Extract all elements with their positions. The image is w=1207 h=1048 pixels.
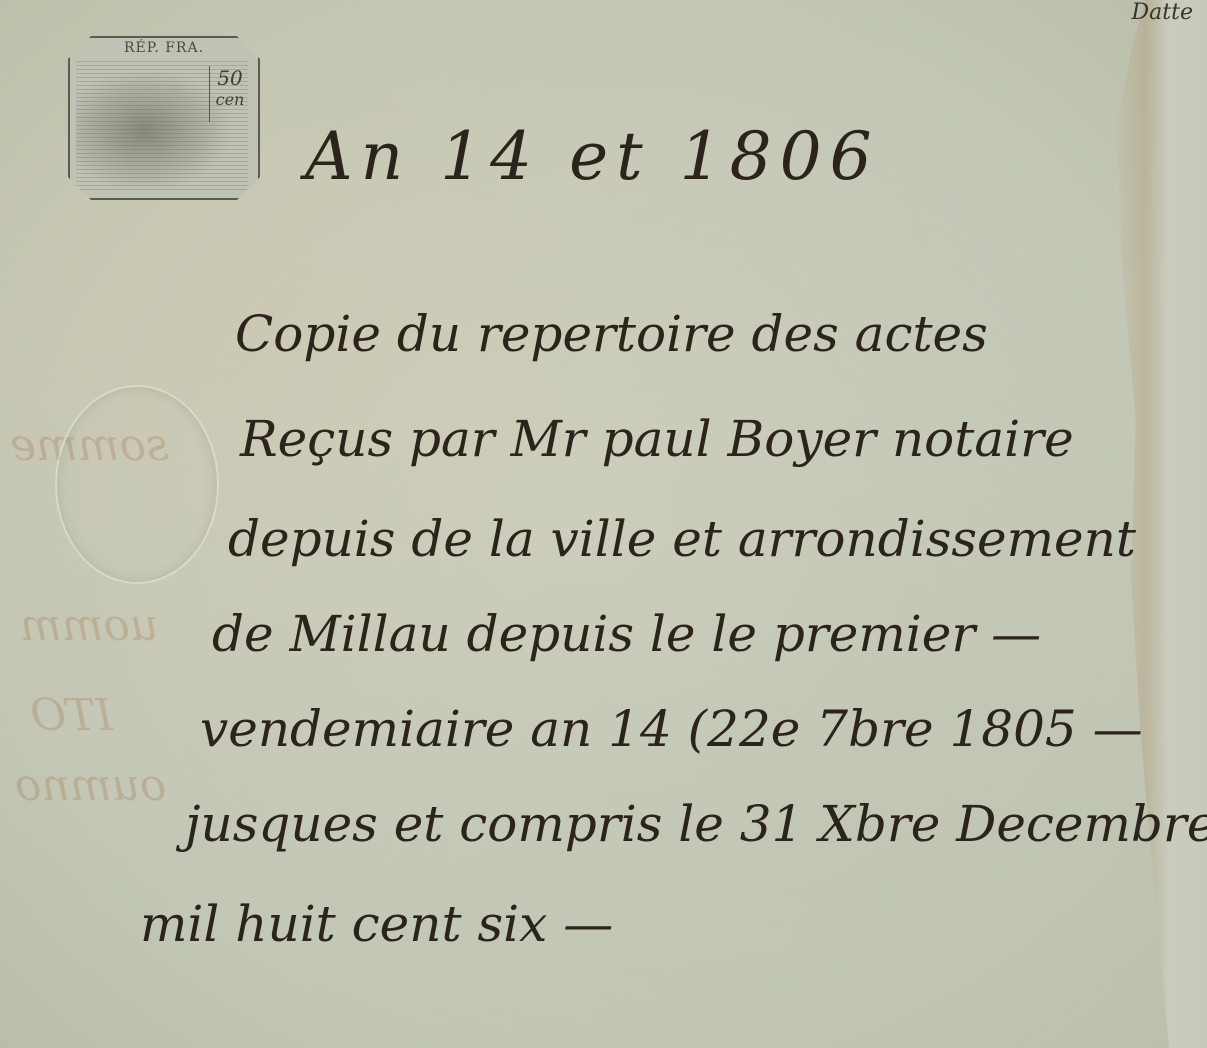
- tax-stamp: RÉP. FRA. 50 cen: [68, 36, 260, 200]
- text-line-1: Copie du repertoire des actes: [235, 305, 988, 363]
- text-line-5: vendemiaire an 14 (22e 7bre 1805 —: [200, 700, 1143, 758]
- text-line-3: depuis de la ville et arrondissement: [228, 510, 1136, 568]
- edge-note: Datte: [1132, 0, 1193, 25]
- ink-bleed-through: uomm: [20, 600, 158, 651]
- stamp-title: RÉP. FRA.: [70, 40, 258, 56]
- ink-bleed-through: ITO: [30, 690, 113, 741]
- text-line-7: mil huit cent six —: [140, 895, 613, 953]
- ink-bleed-through: oumno: [15, 760, 166, 811]
- stamp-value: 50 cen: [209, 66, 250, 122]
- stamp-value-unit: cen: [210, 90, 250, 109]
- text-line-2: Reçus par Mr paul Boyer notaire: [240, 410, 1074, 468]
- text-line-6: jusques et compris le 31 Xbre Decembre —: [185, 795, 1207, 853]
- text-line-4: de Millau depuis le le premier —: [212, 605, 1041, 663]
- document-heading: An 14 et 1806: [305, 118, 880, 195]
- stamp-value-number: 50: [210, 66, 250, 90]
- embossed-seal-icon: [55, 385, 219, 584]
